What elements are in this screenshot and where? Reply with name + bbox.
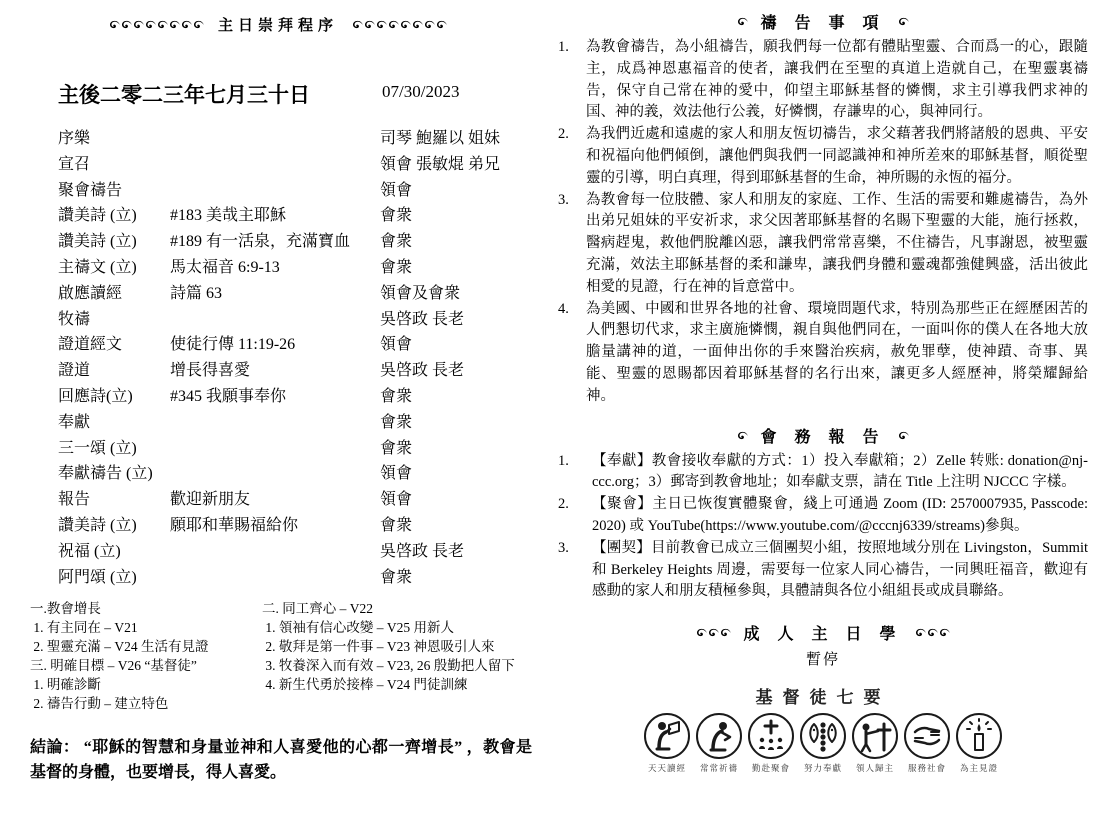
program-item: 讚美詩 (立) — [58, 512, 137, 535]
seven-label: 領人歸主 — [856, 762, 894, 774]
outline-column-a: 一.教會增長 1. 有主同在 – V21 2. 聖靈充滿 – V24 生活有見證… — [30, 599, 209, 713]
seven-label: 天天讀經 — [648, 762, 686, 774]
prayer-item: 3.為教會每一位肢體、家人和朋友的家庭、工作、生活的需要和難處禱告，為外出弟兄姐… — [558, 190, 1088, 299]
program-detail: #183 美哉主耶穌 — [170, 202, 286, 225]
prayer-item-number: 2. — [558, 124, 586, 189]
outline-line: 1. 有主同在 – V21 — [30, 618, 209, 637]
prayer-item-text: 為教會禱告，為小組禱告，願我們每一位都有體貼聖靈、合而爲一的心，跟隨主，成爲神恩… — [586, 37, 1088, 124]
program-detail: 增長得喜愛 — [170, 357, 250, 380]
program-who: 吳啓政 長老 — [380, 538, 464, 561]
program-item: 阿門頌 (立) — [58, 564, 137, 587]
program-row: 奉獻禱告 (立)領會 — [30, 460, 526, 486]
reading-bible-icon — [644, 713, 690, 759]
program-row: 序樂司琴 鮑羅以 姐妹 — [30, 125, 526, 151]
program-table: 序樂司琴 鮑羅以 姐妹 宣召領會 張敏焜 弟兄 聚會禱告領會 讚美詩 (立)#1… — [30, 125, 526, 589]
prayer-item: 4.為美國、中國和世界各地的社會、環境問題代求，特別為那些正在經歷困苦的人們懇切… — [558, 299, 1088, 408]
announce-item-number: 1. — [558, 451, 592, 495]
announce-list: 1.【奉獻】教會接收奉獻的方式：1）投入奉獻箱；2）Zelle 转账: dona… — [558, 451, 1088, 604]
sermon-outline: 一.教會增長 1. 有主同在 – V21 2. 聖靈充滿 – V24 生活有見證… — [30, 599, 526, 719]
program-who: 領會 — [380, 460, 412, 483]
program-item: 啟應讀經 — [58, 280, 122, 303]
seven-cell: 勤赴聚會 — [747, 713, 795, 774]
program-item: 三一頌 (立) — [58, 435, 137, 458]
announce-item-text: 【聚會】主日已恢復實體聚會，綫上可通過 Zoom (ID: 2570007935… — [592, 494, 1088, 538]
program-item: 宣召 — [58, 151, 90, 174]
serving-hands-icon — [904, 713, 950, 759]
program-who: 會衆 — [380, 564, 412, 587]
outline-line: 4. 新生代勇於接棒 – V24 門徒訓練 — [262, 675, 515, 694]
seven-label: 服務社會 — [908, 762, 946, 774]
program-who: 會衆 — [380, 435, 412, 458]
program-who: 領會 — [380, 331, 412, 354]
program-who: 領會及會衆 — [380, 280, 460, 303]
program-row: 主禱文 (立)馬太福音 6:9-13會衆 — [30, 254, 526, 280]
program-row: 回應詩(立)#345 我願事奉你會衆 — [30, 383, 526, 409]
prayer-item-number: 3. — [558, 190, 586, 299]
page-title: 主日崇拜程序 — [218, 14, 338, 35]
program-row: 三一頌 (立)會衆 — [30, 435, 526, 461]
ornament-swirl-icon — [898, 17, 909, 26]
seven-label: 勤赴聚會 — [752, 762, 790, 774]
outline-line: 一.教會增長 — [30, 599, 209, 618]
announce-item: 2.【聚會】主日已恢復實體聚會，綫上可通過 Zoom (ID: 25700079… — [558, 494, 1088, 538]
outline-line: 三. 明確目標 – V26 “基督徒” — [30, 656, 209, 675]
program-who: 會衆 — [380, 409, 412, 432]
program-row: 啟應讀經詩篇 63領會及會衆 — [30, 280, 526, 306]
seven-cell: 常常祈禱 — [695, 713, 743, 774]
program-item: 讚美詩 (立) — [58, 228, 137, 251]
page-title-row: 主日崇拜程序 — [30, 14, 526, 35]
date-chinese: 主後二零二三年七月三十日 — [58, 79, 310, 109]
program-row: 讚美詩 (立)願耶和華賜福給你會衆 — [30, 512, 526, 538]
offering-icon — [800, 713, 846, 759]
program-item: 主禱文 (立) — [58, 254, 137, 277]
ornament-swirl-icon — [737, 17, 748, 26]
announce-section-title: 會 務 報 告 — [760, 424, 885, 447]
program-detail: 願耶和華賜福給你 — [170, 512, 298, 535]
program-who: 會衆 — [380, 512, 412, 535]
outline-line: 2. 禱告行動 – 建立特色 — [30, 694, 209, 713]
seven-cell: 為主見證 — [955, 713, 1003, 774]
ornament-swirl-icon — [898, 431, 909, 440]
program-item: 證道 — [58, 357, 90, 380]
school-section-header: 成 人 主 日 學 — [558, 621, 1088, 644]
program-row: 證道經文使徒行傳 11:19-26領會 — [30, 331, 526, 357]
seven-cell: 天天讀經 — [643, 713, 691, 774]
outline-line: 2. 聖靈充滿 – V24 生活有見證 — [30, 637, 209, 656]
program-item: 祝福 (立) — [58, 538, 121, 561]
ornament-swirl-icon — [915, 628, 950, 637]
conclusion-text: 結論： “耶穌的智慧和身量並神和人喜愛他的心都一齊增長” ，教會是基督的身體，也… — [30, 735, 532, 785]
outline-line: 1. 領袖有信心改變 – V25 用新人 — [262, 618, 515, 637]
program-item: 回應詩(立) — [58, 383, 133, 406]
seven-essentials-row: 天天讀經 常常祈禱 勤赴聚會 努力奉獻 — [558, 713, 1088, 774]
program-item: 奉獻禱告 (立) — [58, 460, 153, 483]
prayer-item-number: 1. — [558, 37, 586, 124]
announce-item: 1.【奉獻】教會接收奉獻的方式：1）投入奉獻箱；2）Zelle 转账: dona… — [558, 451, 1088, 495]
program-detail: 詩篇 63 — [170, 280, 222, 303]
program-detail: 歡迎新朋友 — [170, 486, 250, 509]
prayer-item-text: 為美國、中國和世界各地的社會、環境問題代求，特別為那些正在經歷困苦的人們懇切代求… — [586, 299, 1088, 408]
program-who: 領會 張敏焜 弟兄 — [380, 151, 500, 174]
seven-label: 為主見證 — [960, 762, 998, 774]
program-item: 證道經文 — [58, 331, 122, 354]
announce-item-text: 【團契】目前教會已成立三個團契小組，按照地域分別在 Livingston，Sum… — [592, 538, 1088, 603]
announce-section-header: 會 務 報 告 — [558, 424, 1088, 447]
outline-column-b: 二. 同工齊心 – V22 1. 領袖有信心改變 – V25 用新人 2. 敬拜… — [262, 599, 515, 694]
worship-program-column: 主日崇拜程序 主後二零二三年七月三十日 07/30/2023 序樂司琴 鮑羅以 … — [30, 14, 526, 785]
program-item: 報告 — [58, 486, 90, 509]
seven-label: 努力奉獻 — [804, 762, 842, 774]
program-item: 奉獻 — [58, 409, 90, 432]
program-detail: 使徒行傳 11:19-26 — [170, 331, 295, 354]
program-item: 牧禱 — [58, 306, 90, 329]
outline-line: 二. 同工齊心 – V22 — [262, 599, 515, 618]
program-who: 吳啓政 長老 — [380, 306, 464, 329]
prayer-item-text: 為教會每一位肢體、家人和朋友的家庭、工作、生活的需要和難處禱告，為外出弟兄姐妹的… — [586, 190, 1088, 299]
school-section-title: 成 人 主 日 學 — [743, 621, 902, 644]
program-who: 會衆 — [380, 383, 412, 406]
lead-to-cross-icon — [852, 713, 898, 759]
program-who: 領會 — [380, 177, 412, 200]
program-detail: #189 有一活泉，充滿寶血 — [170, 228, 350, 251]
school-status: 暫停 — [558, 648, 1088, 669]
outline-line: 3. 牧養深入而有效 – V23, 26 殷勤把人留下 — [262, 656, 515, 675]
program-item: 讚美詩 (立) — [58, 202, 137, 225]
program-row: 讚美詩 (立)#189 有一活泉，充滿寶血會衆 — [30, 228, 526, 254]
program-item: 序樂 — [58, 125, 90, 148]
announce-item: 3.【團契】目前教會已成立三個團契小組，按照地域分別在 Livingston，S… — [558, 538, 1088, 603]
church-gathering-icon — [748, 713, 794, 759]
program-row: 奉獻會衆 — [30, 409, 526, 435]
ornament-swirl-icon — [696, 628, 731, 637]
praying-icon — [696, 713, 742, 759]
program-who: 會衆 — [380, 228, 412, 251]
prayer-item: 2.為我們近處和遠處的家人和朋友恆切禱告，求父藉著我們將諸般的恩典、平安和祝福向… — [558, 124, 1088, 189]
program-row: 讚美詩 (立)#183 美哉主耶穌會衆 — [30, 202, 526, 228]
program-detail: 馬太福音 6:9-13 — [170, 254, 280, 277]
announce-item-number: 2. — [558, 494, 592, 538]
outline-line: 2. 敬拜是第一件事 – V23 神恩吸引人來 — [262, 637, 515, 656]
seven-cell: 服務社會 — [903, 713, 951, 774]
prayer-list: 1.為教會禱告，為小組禱告，願我們每一位都有體貼聖靈、合而爲一的心，跟隨主，成爲… — [558, 37, 1088, 408]
program-row: 宣召領會 張敏焜 弟兄 — [30, 151, 526, 177]
seven-label: 常常祈禱 — [700, 762, 738, 774]
announce-item-text: 【奉獻】教會接收奉獻的方式：1）投入奉獻箱；2）Zelle 转账: donati… — [592, 451, 1088, 495]
ornament-swirl-left-icon — [109, 20, 204, 29]
program-detail: #345 我願事奉你 — [170, 383, 286, 406]
program-row: 報告歡迎新朋友領會 — [30, 486, 526, 512]
prayer-item-text: 為我們近處和遠處的家人和朋友恆切禱告，求父藉著我們將諸般的恩典、平安和祝福向他們… — [586, 124, 1088, 189]
prayer-section-header: 禱 告 事 項 — [558, 10, 1088, 33]
seven-cell: 領人歸主 — [851, 713, 899, 774]
program-row: 牧禱吳啓政 長老 — [30, 306, 526, 332]
prayer-section-title: 禱 告 事 項 — [760, 10, 885, 33]
announce-item-number: 3. — [558, 538, 592, 603]
program-who: 領會 — [380, 486, 412, 509]
seven-cell: 努力奉獻 — [799, 713, 847, 774]
candle-witness-icon — [956, 713, 1002, 759]
date-row: 主後二零二三年七月三十日 07/30/2023 — [30, 79, 526, 111]
seven-essentials-title: 基督徒七要 — [558, 683, 1088, 708]
program-who: 司琴 鮑羅以 姐妹 — [380, 125, 500, 148]
program-who: 會衆 — [380, 254, 412, 277]
program-row: 聚會禱告領會 — [30, 177, 526, 203]
program-row: 證道增長得喜愛吳啓政 長老 — [30, 357, 526, 383]
announcements-column: 禱 告 事 項 1.為教會禱告，為小組禱告，願我們每一位都有體貼聖靈、合而爲一的… — [558, 10, 1088, 774]
program-row: 阿門頌 (立)會衆 — [30, 564, 526, 590]
ornament-swirl-right-icon — [352, 20, 447, 29]
program-who: 會衆 — [380, 202, 412, 225]
program-row: 祝福 (立)吳啓政 長老 — [30, 538, 526, 564]
outline-line: 1. 明確診斷 — [30, 675, 209, 694]
prayer-item-number: 4. — [558, 299, 586, 408]
seven-essentials: 基督徒七要 天天讀經 常常祈禱 勤赴聚會 — [558, 683, 1088, 774]
prayer-item: 1.為教會禱告，為小組禱告，願我們每一位都有體貼聖靈、合而爲一的心，跟隨主，成爲… — [558, 37, 1088, 124]
program-who: 吳啓政 長老 — [380, 357, 464, 380]
program-item: 聚會禱告 — [58, 177, 122, 200]
ornament-swirl-icon — [737, 431, 748, 440]
date-numeric: 07/30/2023 — [382, 82, 459, 102]
